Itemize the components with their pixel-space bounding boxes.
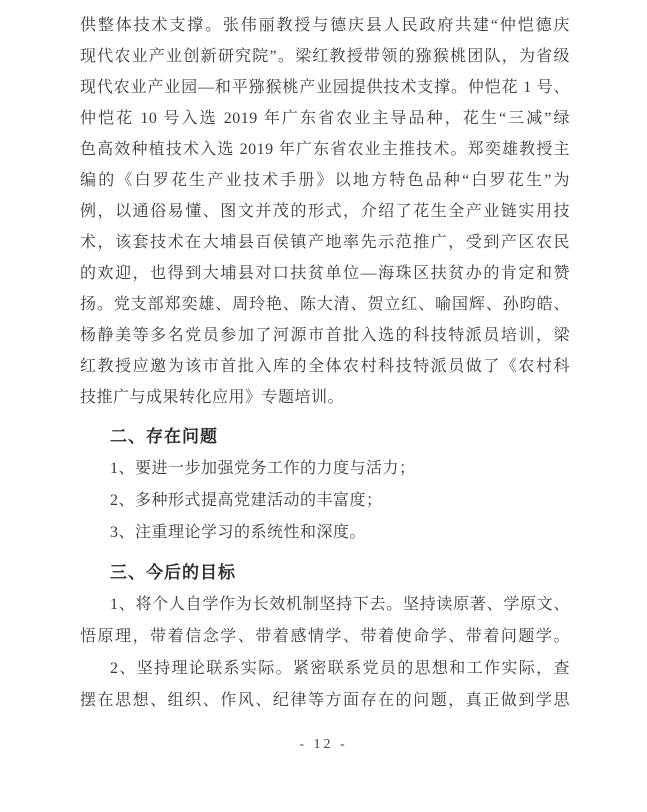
- paragraph-line: 红教授应邀为该市首批入库的全体农村科技特派员做了《农村科: [80, 351, 570, 382]
- paragraph-line: 供整体技术支撑。张伟丽教授与德庆县人民政府共建“仲恺德庆: [80, 10, 570, 41]
- paragraph-line: 仲恺花 10 号入选 2019 年广东省农业主导品种，花生“三减”绿: [80, 103, 570, 134]
- paragraph-line: 现代农业产业园—和平猕猴桃产业园提供技术支撑。仲恺花 1 号、: [80, 72, 570, 103]
- list-item: 2、多种形式提高党建活动的丰富度；: [80, 485, 570, 517]
- document-body: 供整体技术支撑。张伟丽教授与德庆县人民政府共建“仲恺德庆 现代农业产业创新研究院…: [80, 10, 570, 717]
- paragraph-line: 术，该套技术在大埔县百侯镇产地率先示范推广，受到产区农民: [80, 227, 570, 258]
- paragraph-line: 技推广与成果转化应用》专题培训。: [80, 382, 570, 413]
- page-number: - 12 -: [0, 737, 647, 753]
- paragraph-line: 的欢迎，也得到大埔县对口扶贫单位—海珠区扶贫办的肯定和赞: [80, 258, 570, 289]
- paragraph-line: 扬。党支部郑奕雄、周玲艳、陈大清、贺立红、喻国辉、孙昀皓、: [80, 289, 570, 320]
- section-heading-goals: 三、今后的目标: [80, 557, 570, 589]
- paragraph-line: 色高效种植技术入选 2019 年广东省农业主推技术。郑奕雄教授主: [80, 134, 570, 165]
- list-item: 3、注重理论学习的系统性和深度。: [80, 517, 570, 549]
- paragraph-line: 现代农业产业创新研究院”。梁红教授带领的猕猴桃团队，为省级: [80, 41, 570, 72]
- paragraph-line: 摆在思想、组织、作风、纪律等方面存在的问题，真正做到学思: [80, 685, 570, 717]
- paragraph-line: 1、将个人自学作为长效机制坚持下去。坚持读原著、学原文、: [80, 589, 570, 621]
- section-heading-problems: 二、存在问题: [80, 421, 570, 453]
- paragraph-line: 2、坚持理论联系实际。紧密联系党员的思想和工作实际，查: [80, 653, 570, 685]
- list-item: 1、要进一步加强党务工作的力度与活力；: [80, 453, 570, 485]
- paragraph-line: 例，以通俗易懂、图文并茂的形式，介绍了花生全产业链实用技: [80, 196, 570, 227]
- document-page: 供整体技术支撑。张伟丽教授与德庆县人民政府共建“仲恺德庆 现代农业产业创新研究院…: [0, 0, 647, 812]
- paragraph-line: 编的《白罗花生产业技术手册》以地方特色品种“白罗花生”为: [80, 165, 570, 196]
- paragraph-line: 悟原理，带着信念学、带着感情学、带着使命学、带着问题学。: [80, 621, 570, 653]
- paragraph-line: 杨静美等多名党员参加了河源市首批入选的科技特派员培训，梁: [80, 320, 570, 351]
